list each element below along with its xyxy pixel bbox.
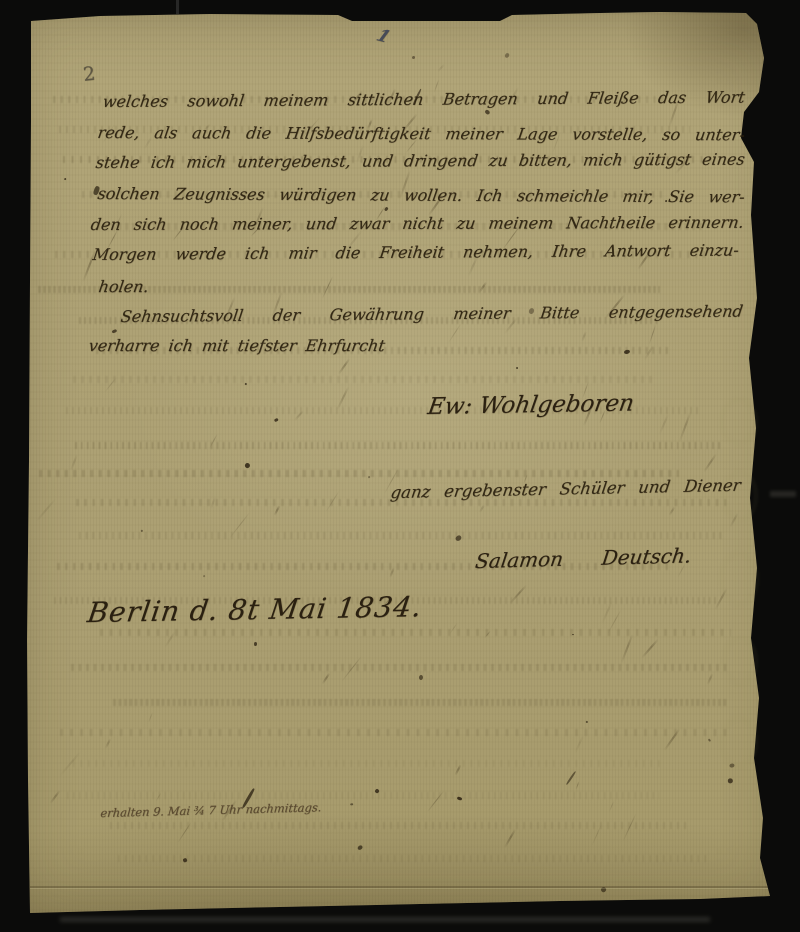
dateline: Berlin d. 8t Mai 1834. [85, 590, 424, 629]
scan-artifact [176, 0, 179, 14]
fold-crease [30, 886, 768, 888]
letter-line: rede, als auch die Hilfsbedürftigkeit me… [96, 124, 746, 144]
letter-line: stehe ich mich untergebenst, und dringen… [95, 151, 746, 172]
page-number: 2 [82, 63, 96, 86]
closing-salutation: Ew: Wohlgeboren [426, 390, 636, 420]
letter-line: verharre ich mit tiefster Ehrfurcht [88, 337, 387, 355]
letter-line: holen. [98, 278, 150, 296]
scan-background: 2 1 welches sowohl meinem sittlichen Bet… [0, 0, 800, 932]
scan-artifact [770, 491, 796, 497]
letter-line: solchen Zeugnisses würdigen zu wollen. I… [96, 185, 746, 206]
scan-artifact [60, 917, 710, 922]
watermark [716, 392, 760, 772]
letter-line: den sich noch meiner, und zwar nicht zu … [90, 214, 745, 234]
